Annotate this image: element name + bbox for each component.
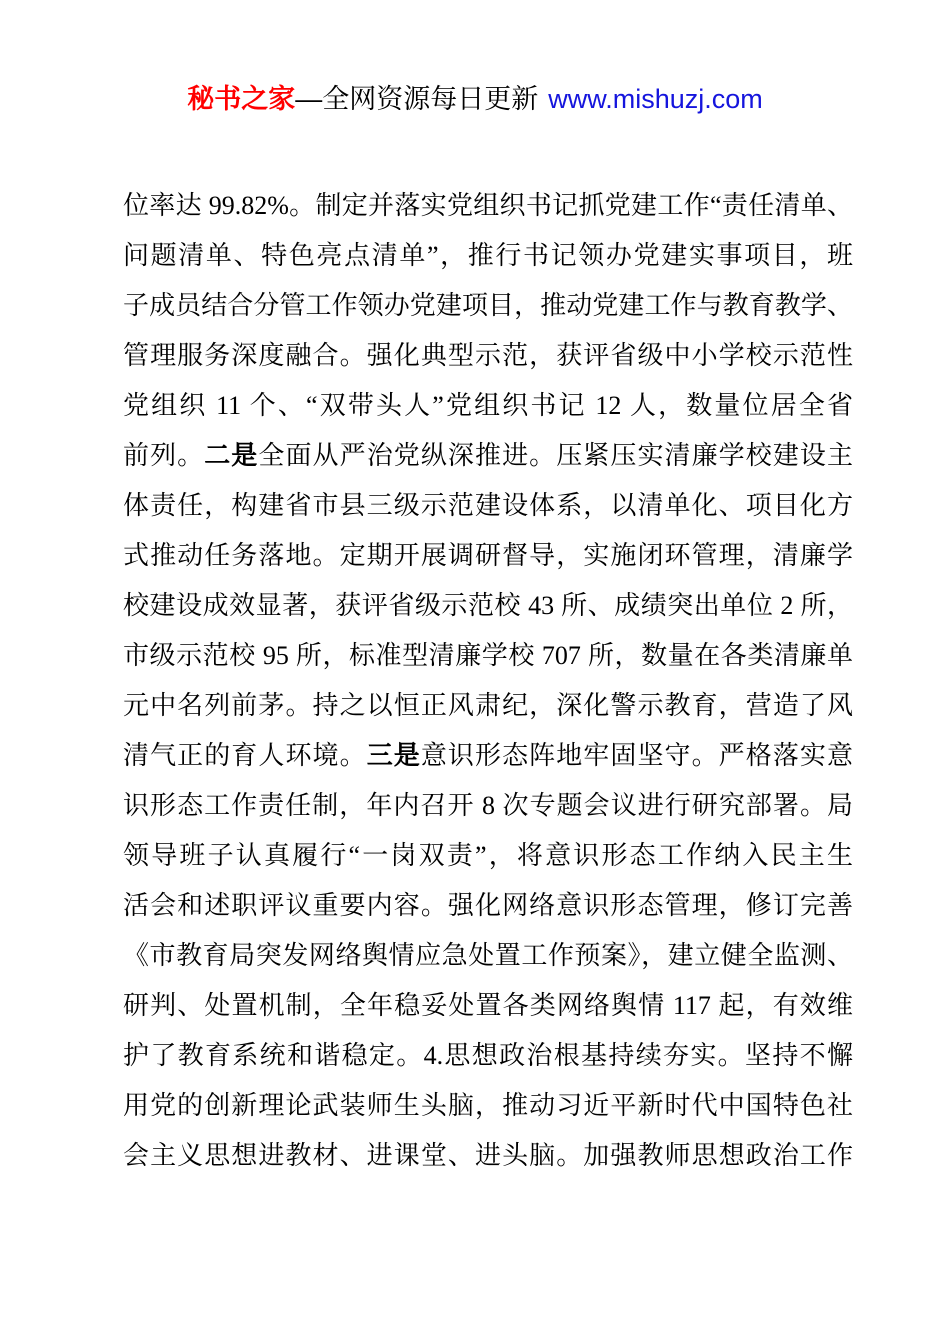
document-body: 位率达 99.82%。制定并落实党组织书记抓党建工作“责任清单、问题清单、特色亮…	[123, 181, 853, 1181]
text-line: 清气正的育人环境。三是意识形态阵地牢固坚守。严格落实意	[123, 731, 853, 781]
text-line: 识形态工作责任制，年内召开 8 次专题会议进行研究部署。局	[123, 781, 853, 831]
text-line: 护了教育系统和谐稳定。4.思想政治根基持续夯实。坚持不懈	[123, 1031, 853, 1081]
text-line: 位率达 99.82%。制定并落实党组织书记抓党建工作“责任清单、	[123, 181, 853, 231]
emphasis-text: 三是	[367, 741, 421, 770]
body-text: 护了教育系统和谐稳定。4.思想政治根基持续夯实。坚持不懈	[123, 1041, 853, 1070]
site-url: www.mishuzj.com	[548, 84, 763, 114]
body-text: 式推动任务落地。定期开展调研督导，实施闭环管理，清廉学	[123, 541, 853, 570]
text-line: 党组织 11 个、“双带头人”党组织书记 12 人，数量位居全省	[123, 381, 853, 431]
body-text: 子成员结合分管工作领办党建项目，推动党建工作与教育教学、	[123, 291, 853, 320]
body-text: 管理服务深度融合。强化典型示范，获评省级中小学校示范性	[123, 341, 853, 370]
text-line: 前列。二是全面从严治党纵深推进。压紧压实清廉学校建设主	[123, 431, 853, 481]
body-text: 研判、处置机制，全年稳妥处置各类网络舆情 117 起，有效维	[123, 991, 853, 1020]
body-text: 用党的创新理论武装师生头脑，推动习近平新时代中国特色社	[123, 1091, 853, 1120]
document-page: 秘书之家—全网资源每日更新www.mishuzj.com 位率达 99.82%。…	[0, 0, 950, 1344]
text-line: 活会和述职评议重要内容。强化网络意识形态管理，修订完善	[123, 881, 853, 931]
text-line: 子成员结合分管工作领办党建项目，推动党建工作与教育教学、	[123, 281, 853, 331]
body-text: 市级示范校 95 所，标准型清廉学校 707 所，数量在各类清廉单	[123, 641, 853, 670]
text-line: 元中名列前茅。持之以恒正风肃纪，深化警示教育，营造了风	[123, 681, 853, 731]
body-text: 会主义思想进教材、进课堂、进头脑。加强教师思想政治工作	[123, 1141, 853, 1170]
text-line: 研判、处置机制，全年稳妥处置各类网络舆情 117 起，有效维	[123, 981, 853, 1031]
body-text: 元中名列前茅。持之以恒正风肃纪，深化警示教育，营造了风	[123, 691, 853, 720]
body-text: 活会和述职评议重要内容。强化网络意识形态管理，修订完善	[123, 891, 853, 920]
text-line: 管理服务深度融合。强化典型示范，获评省级中小学校示范性	[123, 331, 853, 381]
site-tagline: —全网资源每日更新	[295, 84, 538, 114]
body-text: 意识形态阵地牢固坚守。严格落实意	[421, 741, 853, 770]
text-line: 领导班子认真履行“一岗双责”，将意识形态工作纳入民主生	[123, 831, 853, 881]
body-text: 问题清单、特色亮点清单”，推行书记领办党建实事项目，班	[123, 241, 853, 270]
text-line: 用党的创新理论武装师生头脑，推动习近平新时代中国特色社	[123, 1081, 853, 1131]
body-text: 前列。	[123, 441, 204, 470]
body-text: 全面从严治党纵深推进。压紧压实清廉学校建设主	[258, 441, 853, 470]
text-line: 校建设成效显著，获评省级示范校 43 所、成绩突出单位 2 所，	[123, 581, 853, 631]
site-brand: 秘书之家	[187, 84, 295, 114]
body-text: 校建设成效显著，获评省级示范校 43 所、成绩突出单位 2 所，	[123, 591, 853, 620]
body-text: 位率达 99.82%。制定并落实党组织书记抓党建工作“责任清单、	[123, 191, 853, 220]
body-text: 党组织 11 个、“双带头人”党组织书记 12 人，数量位居全省	[123, 391, 853, 420]
site-watermark-header: 秘书之家—全网资源每日更新www.mishuzj.com	[0, 82, 950, 116]
body-text: 领导班子认真履行“一岗双责”，将意识形态工作纳入民主生	[123, 841, 853, 870]
text-line: 问题清单、特色亮点清单”，推行书记领办党建实事项目，班	[123, 231, 853, 281]
text-line: 会主义思想进教材、进课堂、进头脑。加强教师思想政治工作	[123, 1131, 853, 1181]
text-line: 市级示范校 95 所，标准型清廉学校 707 所，数量在各类清廉单	[123, 631, 853, 681]
body-text: 体责任，构建省市县三级示范建设体系，以清单化、项目化方	[123, 491, 853, 520]
text-line: 《市教育局突发网络舆情应急处置工作预案》，建立健全监测、	[123, 931, 853, 981]
body-text: 识形态工作责任制，年内召开 8 次专题会议进行研究部署。局	[123, 791, 853, 820]
text-line: 体责任，构建省市县三级示范建设体系，以清单化、项目化方	[123, 481, 853, 531]
body-text: 《市教育局突发网络舆情应急处置工作预案》，建立健全监测、	[123, 941, 853, 970]
emphasis-text: 二是	[204, 441, 258, 470]
body-text: 清气正的育人环境。	[123, 741, 367, 770]
text-line: 式推动任务落地。定期开展调研督导，实施闭环管理，清廉学	[123, 531, 853, 581]
